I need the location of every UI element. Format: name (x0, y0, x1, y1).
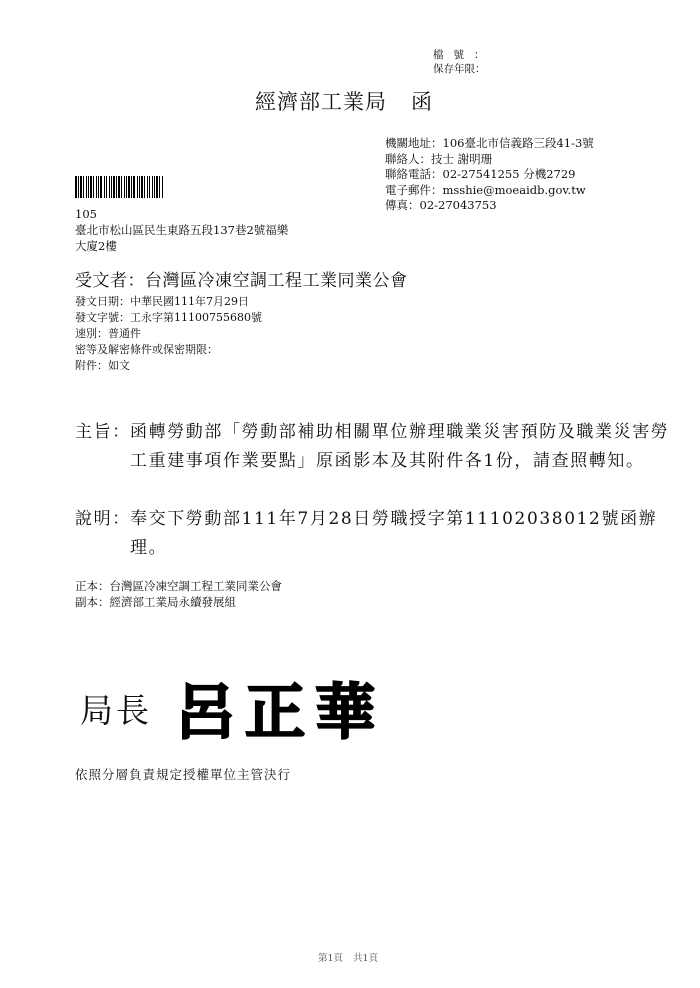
contact-block: 機關地址：106臺北市信義路三段41-3號 聯絡人：技士 謝明珊 聯絡電話：02… (385, 136, 594, 214)
page-total: 共1頁 (353, 953, 378, 964)
signature-block: 局長 呂正華 (80, 665, 385, 751)
signer-name: 呂正華 (175, 665, 385, 751)
contact-phone: 聯絡電話：02-27541255 分機2729 (385, 167, 594, 183)
document-number: 發文字號：工永字第11100755680號 (75, 310, 262, 326)
copies-block: 正本：台灣區冷凍空調工程工業同業公會 副本：經濟部工業局永續發展組 (75, 578, 282, 610)
barcode (75, 176, 179, 198)
contact-person: 聯絡人：技士 謝明珊 (385, 152, 594, 168)
page-number: 第1頁 (318, 953, 343, 964)
archive-info: 檔號： 保存年限： (433, 48, 495, 76)
issue-date: 發文日期：中華民國111年7月29日 (75, 294, 262, 310)
copy-recipient: 副本：經濟部工業局永續發展組 (75, 594, 282, 610)
classification: 密等及解密條件或保密期限： (75, 342, 262, 358)
contact-email: 電子郵件：msshie@moeaidb.gov.tw (385, 183, 594, 199)
agency-address: 機關地址：106臺北市信義路三段41-3號 (385, 136, 594, 152)
address-line-1: 臺北市松山區民生東路五段137巷2號福樂 (75, 222, 288, 238)
recipient: 受文者：台灣區冷凍空調工程工業同業公會 (75, 266, 408, 291)
retention-label: 保存年限： (433, 62, 486, 76)
delivery-speed: 速別：普通件 (75, 326, 262, 342)
document-type: 函 (411, 90, 433, 114)
attachment: 附件：如文 (75, 358, 262, 374)
delegation-note: 依照分層負責規定授權單位主管決行 (75, 765, 291, 783)
description-text: 奉交下勞動部111年7月28日勞職授字第11102038012號函辦理。 (130, 505, 680, 563)
subject-text: 函轉勞動部「勞動部補助相關單位辦理職業災害預防及職業災害勞工重建事項作業要點」原… (130, 418, 680, 476)
postal-code: 105 (75, 206, 288, 222)
page-footer: 第1頁共1頁 (318, 950, 378, 964)
file-number-field: 檔號： (433, 48, 495, 62)
document-title: 經濟部工業局函 (255, 86, 433, 116)
document-meta: 發文日期：中華民國111年7月29日 發文字號：工永字第11100755680號… (75, 294, 262, 374)
address-line-2: 大廈2樓 (75, 238, 288, 254)
retention-period-field: 保存年限： (433, 62, 495, 76)
subject-section: 主旨： 函轉勞動部「勞動部補助相關單位辦理職業災害預防及職業災害勞工重建事項作業… (75, 418, 680, 476)
original-recipient: 正本：台灣區冷凍空調工程工業同業公會 (75, 578, 282, 594)
contact-fax: 傳真：02-27043753 (385, 198, 594, 214)
signer-title: 局長 (80, 685, 152, 732)
description-label: 說明： (75, 505, 130, 563)
subject-label: 主旨： (75, 418, 130, 476)
recipient-address: 105 臺北市松山區民生東路五段137巷2號福樂 大廈2樓 (75, 206, 288, 254)
agency-name: 經濟部工業局 (255, 90, 387, 114)
description-section: 說明： 奉交下勞動部111年7月28日勞職授字第11102038012號函辦理。 (75, 505, 680, 563)
file-number-label: 檔號： (433, 48, 495, 62)
